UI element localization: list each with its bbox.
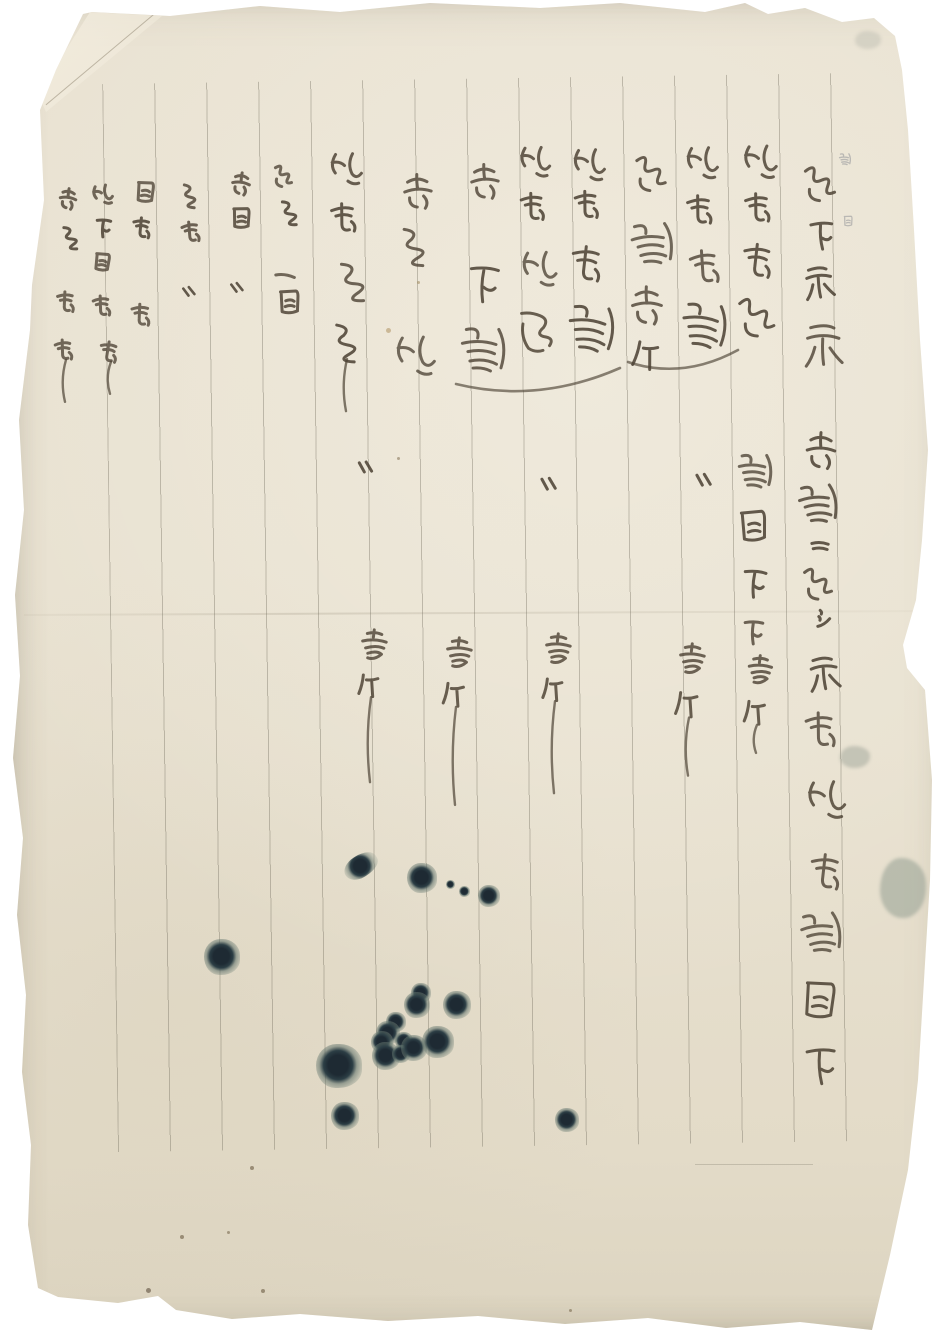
paper-speck — [386, 328, 391, 333]
handwritten-char — [58, 292, 74, 312]
handwritten-char — [59, 188, 77, 210]
handwritten-char — [55, 339, 72, 360]
ink-blot — [316, 1044, 362, 1088]
ink-blot — [331, 1102, 359, 1130]
ink-blot — [443, 991, 471, 1019]
ruled-lines — [102, 73, 851, 1152]
stain — [855, 31, 881, 49]
paper-speck — [146, 1288, 151, 1293]
paper-speck — [227, 1231, 230, 1234]
photo-background — [0, 0, 950, 1343]
ink-blot — [446, 880, 455, 889]
ink-blot — [459, 886, 470, 897]
ink-blot — [204, 939, 240, 975]
document-paper — [0, 0, 950, 1343]
ink-blot — [478, 885, 500, 907]
ink-blot — [404, 992, 430, 1018]
paper-speck — [180, 1235, 184, 1239]
margin-stamp-2 — [844, 216, 852, 225]
handwritten-char — [64, 227, 77, 249]
paper-speck — [569, 1309, 572, 1312]
stain — [880, 858, 926, 918]
ink-blot — [555, 1108, 579, 1132]
paper-speck — [397, 457, 400, 460]
paper-speck — [261, 1289, 265, 1293]
small-column-6 — [55, 188, 77, 402]
paper-speck — [417, 281, 420, 284]
paper-speck — [891, 1258, 895, 1262]
ruled-lines-footer — [695, 1164, 813, 1165]
ink-blot — [422, 1026, 454, 1058]
margin-stamp-1 — [840, 154, 851, 165]
paper-speck — [250, 1166, 254, 1170]
ink-blot — [407, 863, 437, 893]
stain — [840, 746, 870, 768]
